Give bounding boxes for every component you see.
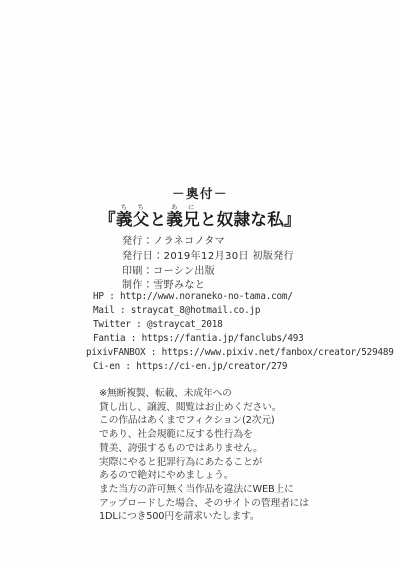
book-title-open-bracket: 『 <box>99 210 116 229</box>
info-label: 発行日 <box>122 251 153 262</box>
info-value: コーシン出版 <box>153 266 215 277</box>
publication-info-line: 印刷：コーシン出版 <box>122 265 294 280</box>
disclaimer-line: 実際にやると犯罪行為にあたることが <box>99 456 309 470</box>
contact-link-pixiv-fanbox: pixivFANBOX : https://www.pixiv.net/fanb… <box>86 346 394 360</box>
link-separator: : <box>104 291 120 302</box>
okuzuke-heading: －奥付－ <box>0 187 400 201</box>
disclaimer-line: アップロードした場合、そのサイトの管理者には <box>99 497 309 511</box>
link-url: @straycat_2018 <box>147 319 223 330</box>
info-label: 発行 <box>122 236 143 247</box>
publication-info-line: 発行：ノラネコノタマ <box>122 235 294 250</box>
link-url: https://ci-en.jp/creator/279 <box>136 361 287 372</box>
link-label: pixivFANBOX <box>86 347 145 358</box>
disclaimer-line: ※無断複製、転載、未成年への <box>99 387 309 401</box>
link-label: Twitter <box>93 319 131 330</box>
disclaimer-line: また当方の許可無く当作品を違法にWEB上に <box>99 483 309 497</box>
book-title-brother-furigana: あに <box>166 203 200 211</box>
link-url: https://www.pixiv.net/fanbox/creator/529… <box>162 347 394 358</box>
page-header: －奥付－ 『義父ちちと義兄あにと奴隷な私』 <box>0 187 400 231</box>
link-label: Mail <box>93 305 115 316</box>
disclaimer-line: 貸し出し、譲渡、閲覧はお止めください。 <box>99 401 309 415</box>
link-label: Ci-en <box>93 361 120 372</box>
link-label: Fantia <box>93 333 125 344</box>
info-label: 印刷 <box>122 266 143 277</box>
link-label: HP <box>93 291 104 302</box>
disclaimer-line: 1DLにつき500円を請求いたします。 <box>99 510 309 524</box>
okuzuke-page: －奥付－ 『義父ちちと義兄あにと奴隷な私』 発行：ノラネコノタマ 発行日：201… <box>0 0 400 565</box>
contact-link-hp: HP : http://www.noraneko-no-tama.com/ <box>93 290 394 304</box>
disclaimer-line: 賛美、誇張するものではありません。 <box>99 442 309 456</box>
link-separator: : <box>145 347 161 358</box>
book-title-brother: 義兄あに <box>166 210 200 229</box>
contact-link-mail: Mail : straycat_8@hotmail.co.jp <box>93 304 394 318</box>
link-separator: : <box>115 305 131 316</box>
book-title: 『義父ちちと義兄あにと奴隷な私』 <box>0 203 400 231</box>
link-separator: : <box>125 333 141 344</box>
link-url: https://fantia.jp/fanclubs/493 <box>142 333 304 344</box>
contact-link-ci-en: Ci-en : https://ci-en.jp/creator/279 <box>93 360 394 374</box>
book-title-rest: と奴隷な私 <box>200 210 284 229</box>
publication-info: 発行：ノラネコノタマ 発行日：2019年12月30日 初版発行 印刷：コーシン出… <box>122 235 294 294</box>
book-title-father: 義父ちち <box>116 210 150 229</box>
info-value: ノラネコノタマ <box>153 236 225 247</box>
info-separator: ： <box>153 251 163 262</box>
disclaimer-line: この作品はあくまでフィクション(2次元) <box>99 414 309 428</box>
publication-info-line: 発行日：2019年12月30日 初版発行 <box>122 250 294 265</box>
disclaimer-line: であり、社会規範に反する性行為を <box>99 428 309 442</box>
link-separator: : <box>131 319 147 330</box>
info-value: 2019年12月30日 初版発行 <box>164 251 294 262</box>
book-title-father-furigana: ちち <box>116 203 150 211</box>
contact-link-fantia: Fantia : https://fantia.jp/fanclubs/493 <box>93 332 394 346</box>
contact-link-twitter: Twitter : @straycat_2018 <box>93 318 394 332</box>
book-title-close-bracket: 』 <box>284 210 301 229</box>
book-title-connector: と <box>150 210 167 229</box>
link-url: straycat_8@hotmail.co.jp <box>131 305 261 316</box>
link-separator: : <box>120 361 136 372</box>
info-separator: ： <box>143 236 153 247</box>
link-url: http://www.noraneko-no-tama.com/ <box>120 291 293 302</box>
disclaimer-line: あるので絶対にやめましょう。 <box>99 469 309 483</box>
contact-links: HP : http://www.noraneko-no-tama.com/ Ma… <box>93 290 394 375</box>
info-separator: ： <box>143 266 153 277</box>
disclaimer-paragraph: ※無断複製、転載、未成年への 貸し出し、譲渡、閲覧はお止めください。 この作品は… <box>99 387 309 524</box>
